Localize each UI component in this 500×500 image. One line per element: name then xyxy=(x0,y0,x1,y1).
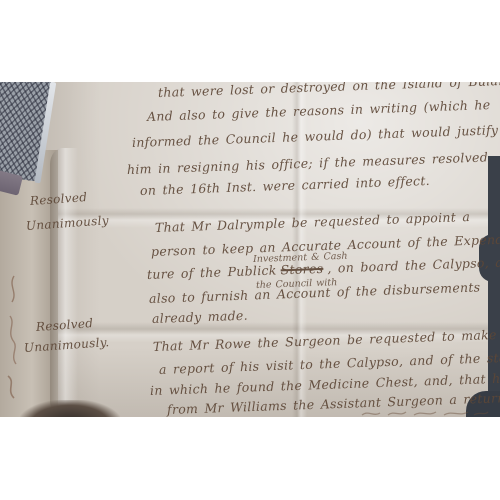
struck-word: Stores xyxy=(280,261,323,277)
bleedthrough-writing-marks xyxy=(0,272,30,402)
page: { "colors": { "page_background": "#fffff… xyxy=(0,0,500,500)
shadow-object-bottom-left xyxy=(20,400,120,417)
document-photo: that were lost or destroyed on the Islan… xyxy=(0,82,500,417)
cutoff-writing-marks xyxy=(360,408,490,417)
paper-fold-edge xyxy=(50,148,78,417)
